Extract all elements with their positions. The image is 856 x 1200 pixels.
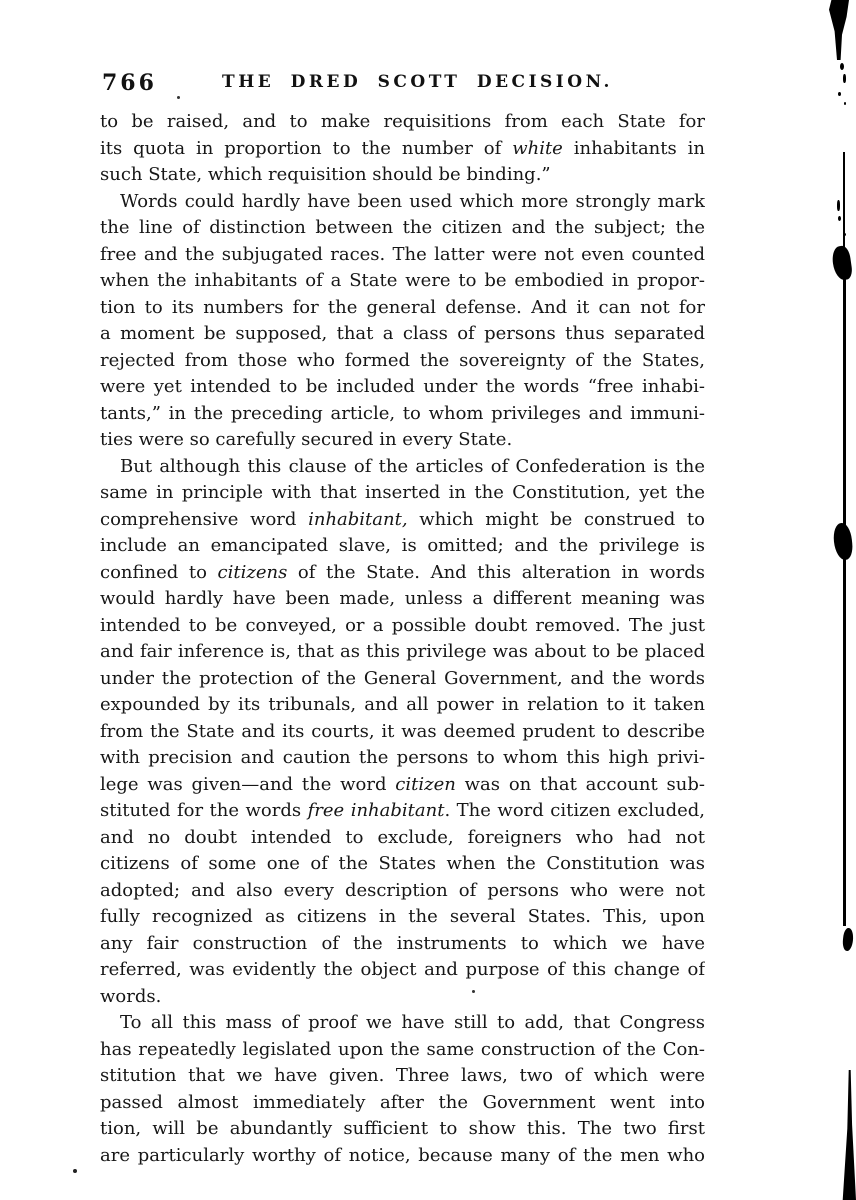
text-line: referred, was evidently the object and p… <box>100 957 705 984</box>
text-segment: adopted; and also every description of p… <box>100 880 705 901</box>
text-segment: free and the subjugated races. The latte… <box>100 244 705 265</box>
text-segment: ties were so carefully secured in every … <box>100 429 512 450</box>
text-segment: tion to its numbers for the general defe… <box>100 297 705 318</box>
text-line: would hardly have been made, unless a di… <box>100 586 705 613</box>
text-line: its quota in proportion to the number of… <box>100 136 705 163</box>
text-segment: such State, which requisition should be … <box>100 164 551 185</box>
text-line: free and the subjugated races. The latte… <box>100 242 705 269</box>
scan-gutter-bulge <box>832 522 854 561</box>
text-line: adopted; and also every description of p… <box>100 878 705 905</box>
text-segment: fully recognized as citizens in the seve… <box>100 906 705 927</box>
text-line: lege was given—and the word citizen was … <box>100 772 705 799</box>
text-segment: passed almost immediately after the Gove… <box>100 1092 705 1117</box>
text-segment: to be raised, and to make requisitions f… <box>100 111 705 132</box>
running-head: 766 THE DRED SCOTT DECISION. <box>100 70 705 96</box>
italic-word: white <box>512 138 563 159</box>
scan-speck <box>837 200 840 211</box>
text-segment: when the inhabitants of a State were to … <box>100 270 705 291</box>
text-segment: But although this clause of the articles… <box>120 456 705 477</box>
text-line: and no doubt intended to exclude, foreig… <box>100 825 705 852</box>
running-title: THE DRED SCOTT DECISION. <box>100 70 705 92</box>
text-line: To all this mass of proof we have still … <box>100 1010 705 1037</box>
text-line: rejected from those who formed the sover… <box>100 348 705 375</box>
italic-word: free inhabitant <box>308 800 445 821</box>
text-segment: . The word citizen excluded, <box>444 800 705 821</box>
text-segment: any fair construction of the instruments… <box>100 933 705 954</box>
text-segment: were yet intended to be included under t… <box>100 376 705 397</box>
text-segment: stituted for the words <box>100 800 308 821</box>
text-line: from the State and its courts, it was de… <box>100 719 705 746</box>
scanned-book-page: 766 THE DRED SCOTT DECISION. to be raise… <box>0 0 856 1200</box>
text-segment: confined to <box>100 562 218 583</box>
text-line: words. <box>100 984 705 1011</box>
text-line: comprehensive word inhabitant, which mig… <box>100 507 705 534</box>
text-segment: the line of distinction between the citi… <box>100 217 705 238</box>
text-segment: referred, was evidently the object and p… <box>100 959 705 980</box>
text-line: the line of distinction between the citi… <box>100 215 705 242</box>
text-line: any fair construction of the instruments… <box>100 931 705 958</box>
text-segment: has repeatedly legislated upon the same … <box>100 1039 705 1060</box>
text-line: tion to its numbers for the general defe… <box>100 295 705 322</box>
scan-gutter-line-main <box>843 278 846 926</box>
text-segment: include an emancipated slave, is omitted… <box>100 535 705 556</box>
scan-speck <box>838 92 841 96</box>
text-line: tants,” in the preceding article, to who… <box>100 401 705 428</box>
text-segment: its quota in proportion to the number of <box>100 138 512 159</box>
text-line: stituted for the words free inhabitant. … <box>100 798 705 825</box>
scan-gutter-bulge <box>831 245 854 281</box>
text-segment: inhabitants in <box>563 138 705 159</box>
text-segment: words. <box>100 986 161 1007</box>
text-line: such State, which requisition should be … <box>100 162 705 189</box>
scan-speck <box>844 102 846 105</box>
text-segment: which might be construed to <box>408 509 705 530</box>
text-segment: Words could hardly have been used which … <box>120 191 705 212</box>
text-segment: was on that account sub- <box>456 774 705 795</box>
text-line: Words could hardly have been used which … <box>100 189 705 216</box>
text-segment: lege was given—and the word <box>100 774 395 795</box>
text-segment: citizens of some one of the States when … <box>100 853 705 874</box>
text-segment: same in principle with that inserted in … <box>100 482 705 503</box>
text-line: intended to be conveyed, or a possible d… <box>100 613 705 640</box>
scan-speck <box>840 63 844 70</box>
text-segment: comprehensive word <box>100 509 308 530</box>
text-segment: from the State and its courts, it was de… <box>100 721 705 742</box>
text-line: a moment be supposed, that a class of pe… <box>100 321 705 348</box>
text-line: passed almost immediately after the Gove… <box>100 1090 705 1117</box>
text-line: expounded by its tribunals, and all powe… <box>100 692 705 719</box>
scan-speck <box>73 1169 77 1173</box>
text-line: include an emancipated slave, is omitted… <box>100 533 705 560</box>
text-line: under the protection of the General Gove… <box>100 666 705 693</box>
text-line: to be raised, and to make requisitions f… <box>100 109 705 136</box>
text-line: with precision and caution the persons t… <box>100 745 705 772</box>
text-segment: intended to be conveyed, or a possible d… <box>100 615 705 636</box>
text-segment: To all this mass of proof we have still … <box>120 1012 705 1033</box>
text-segment: rejected from those who formed the sover… <box>100 350 705 371</box>
text-line: has repeatedly legislated upon the same … <box>100 1037 705 1064</box>
text-segment: and no doubt intended to exclude, foreig… <box>100 827 705 852</box>
text-segment: would hardly have been made, unless a di… <box>100 588 705 609</box>
italic-word: citizens <box>218 562 288 583</box>
text-line: But although this clause of the articles… <box>100 454 705 481</box>
text-line: stitution that we have given. Three laws… <box>100 1063 705 1090</box>
text-line: fully recognized as citizens in the seve… <box>100 904 705 931</box>
italic-word: inhabitant, <box>308 509 407 530</box>
text-line: were yet intended to be included under t… <box>100 374 705 401</box>
text-segment: stitution that we have given. Three laws… <box>100 1065 705 1086</box>
scan-ink-blob-top <box>829 0 849 60</box>
text-line: and fair inference is, that as this priv… <box>100 639 705 666</box>
text-line: are particularly worthy of notice, becau… <box>100 1143 705 1170</box>
scan-speck <box>177 96 180 99</box>
text-segment: of the State. And this alteration in wor… <box>287 562 705 583</box>
scan-speck <box>838 216 841 221</box>
text-line: tion, will be abundantly sufficient to s… <box>100 1116 705 1143</box>
text-segment: with precision and caution the persons t… <box>100 747 705 768</box>
text-segment: and fair inference is, that as this priv… <box>100 641 705 662</box>
scan-ink-wedge-bottom <box>842 1070 856 1200</box>
scan-ink-blob-lower <box>842 928 854 952</box>
text-line: citizens of some one of the States when … <box>100 851 705 878</box>
page-number: 766 <box>102 70 157 96</box>
text-line: same in principle with that inserted in … <box>100 480 705 507</box>
body-text: to be raised, and to make requisitions f… <box>100 109 705 1169</box>
text-segment: tion, will be abundantly sufficient to s… <box>100 1118 705 1139</box>
text-line: ties were so carefully secured in every … <box>100 427 705 454</box>
italic-word: citizen <box>395 774 456 795</box>
text-line: confined to citizens of the State. And t… <box>100 560 705 587</box>
text-line: when the inhabitants of a State were to … <box>100 268 705 295</box>
text-segment: are particularly worthy of notice, becau… <box>100 1145 705 1166</box>
scan-speck <box>472 990 475 993</box>
text-segment: tants,” in the preceding article, to who… <box>100 403 705 424</box>
text-segment: a moment be supposed, that a class of pe… <box>100 323 705 348</box>
scan-speck <box>843 74 846 83</box>
text-segment: under the protection of the General Gove… <box>100 668 705 689</box>
text-segment: expounded by its tribunals, and all powe… <box>100 694 705 715</box>
